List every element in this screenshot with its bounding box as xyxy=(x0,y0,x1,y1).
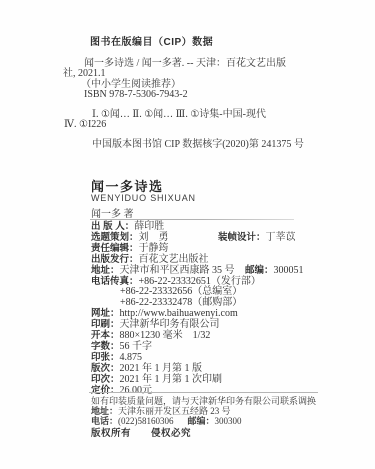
row-value: 天津市和平区西康路 35 号 xyxy=(120,265,235,276)
row-value: 2021 年 1 月第 1 版 xyxy=(120,363,203,374)
row-value: 4.875 xyxy=(120,352,143,363)
row-label: 版次： xyxy=(91,363,120,374)
printer-address-line: 地址：天津东丽开发区五经路 23 号 xyxy=(91,406,231,416)
row-value: 刘 勇 xyxy=(139,232,169,243)
row-label: 地址： xyxy=(91,265,120,276)
row-label: 电话传真： xyxy=(91,276,139,287)
divider-under-title xyxy=(90,219,294,220)
divider-above-footer xyxy=(89,392,318,393)
row-label: 印次： xyxy=(91,374,120,385)
row-label: 网址： xyxy=(91,308,120,319)
cip-classification-line1: Ⅰ. ①闻… Ⅱ. ①闻… Ⅲ. ①诗集-中国-现代 xyxy=(92,109,266,120)
row-label: 责任编辑： xyxy=(91,243,139,254)
row-value: +86-22-23332478（邮购部） xyxy=(120,297,242,308)
row-value: +86-22-23332651（发行部） xyxy=(139,276,261,287)
row-value: 26.00元 xyxy=(120,385,153,396)
row-value2: 300051 xyxy=(274,265,304,276)
row-value: 56 千字 xyxy=(120,341,153,352)
address-label: 地址： xyxy=(91,406,118,416)
cip-header: 图书在版编目（CIP）数据 xyxy=(90,33,213,48)
copyright-notice: 版权所有 侵权必究 xyxy=(91,429,191,439)
row-value: 薛印胜 xyxy=(134,221,164,232)
row-label: 印张： xyxy=(91,352,120,363)
row-label: 定价： xyxy=(91,385,120,396)
row-label: 选题策划： xyxy=(91,232,139,243)
row-value: 2021 年 1 月第 1 次印刷 xyxy=(120,374,223,385)
cip-entry-line2: 社, 2021.1 xyxy=(63,68,106,79)
row-label: 开本： xyxy=(91,330,120,341)
row-label: 印刷： xyxy=(91,319,120,330)
cip-classification-line2: Ⅳ. ①I226 xyxy=(64,119,106,130)
postcode-label: 邮编： xyxy=(188,416,215,426)
book-title-romanized: WENYIDUO SHIXUAN xyxy=(91,193,196,203)
postcode-value: 300300 xyxy=(215,416,242,426)
book-copyright-page: 图书在版编目（CIP）数据 闻一多诗选 / 闻一多著. -- 天津：百花文艺出版… xyxy=(0,0,375,469)
row-value: 天津新华印务有限公司 xyxy=(120,319,220,330)
row-label: 出版发行： xyxy=(91,254,139,265)
row-label2: 邮编： xyxy=(245,265,274,276)
row-value: 百花文艺出版社 xyxy=(139,254,209,265)
row-value: 880×1230 毫米 1/32 xyxy=(120,330,211,341)
row-value: 于静筠 xyxy=(139,243,169,254)
address-value: 天津东丽开发区五经路 23 号 xyxy=(118,406,231,416)
row-value: +86-22-23332656（总编室） xyxy=(120,286,242,297)
publication-info: 出 版 人：薛印胜 选题策划：刘 勇装帧设计：丁莘苡 责任编辑：于静筠 出版发行… xyxy=(91,222,336,397)
book-author: 闻一多 著 xyxy=(91,205,134,220)
phone-value: (022)58160306 xyxy=(118,416,174,426)
cip-isbn: ISBN 978-7-5306-7943-2 xyxy=(84,89,188,100)
quality-notice: 如有印装质量问题，请与天津新华印务有限公司联系调换 xyxy=(91,396,316,406)
cip-record-number: 中国版本图书馆 CIP 数据核字(2020)第 241375 号 xyxy=(92,139,304,150)
printer-phone-line: 电话：(022)58160306邮编：300300 xyxy=(91,416,242,426)
row-value: http://www.baihuawenyi.com xyxy=(120,308,238,319)
row-label: 字数： xyxy=(91,341,120,352)
design-credit: 装帧设计：丁莘苡 xyxy=(218,233,296,244)
row-label2: 装帧设计： xyxy=(218,232,266,243)
row-label: 出 版 人： xyxy=(91,221,134,232)
row-value2: 丁莘苡 xyxy=(266,232,296,243)
cip-entry-line1: 闻一多诗选 / 闻一多著. -- 天津：百花文艺出版 xyxy=(84,58,286,69)
phone-label: 电话： xyxy=(91,416,118,426)
